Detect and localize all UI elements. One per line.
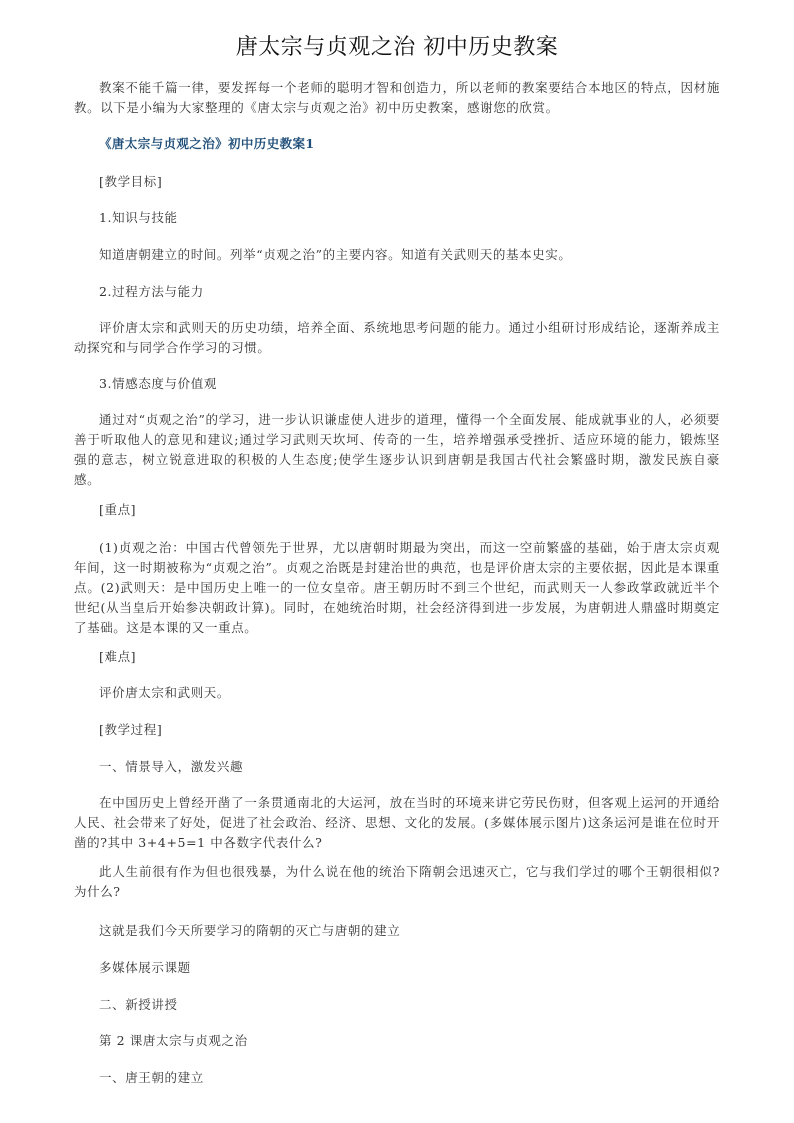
key-points-heading: [重点] [99,500,136,520]
step1-paragraph-2: 此人生前很有作为但也很残暴，为什么说在他的统治下隋朝会迅速灭亡，它与我们学过的哪… [74,862,720,902]
step1-paragraph-1: 在中国历史上曾经开凿了一条贯通南北的大运河，放在当时的环境来讲它劳民伤财，但客观… [74,793,720,853]
part1-heading: 一、唐王朝的建立 [99,1068,204,1088]
step1-paragraph-3: 这就是我们今天所要学习的隋朝的灭亡与唐朝的建立 [99,921,400,941]
difficulty-text: 评价唐太宗和武则天。 [99,683,230,703]
intro-paragraph: 教案不能千篇一律，要发挥每一个老师的聪明才智和创造力，所以老师的教案要结合本地区… [74,78,720,118]
goal2-heading: 2.过程方法与能力 [99,282,204,302]
key-points-text: (1)贞观之治：中国古代曾领先于世界，尤以唐朝时期最为突出，而这一空前繁盛的基础… [74,538,720,638]
lesson-title: 第 2 课唐太宗与贞观之治 [99,1031,248,1051]
lesson-plan-subtitle: 《唐太宗与贞观之治》初中历史教案1 [99,134,315,154]
step1-paragraph-4: 多媒体展示课题 [99,958,191,978]
step2-heading: 二、新授讲授 [99,995,178,1015]
teaching-goals-heading: [教学目标] [99,172,162,192]
document-title: 唐太宗与贞观之治 初中历史教案 [0,30,794,61]
goal1-heading: 1.知识与技能 [99,208,178,228]
goal1-text: 知道唐朝建立的时间。列举“贞观之治”的主要内容。知道有关武则天的基本史实。 [99,245,571,265]
difficulty-heading: [难点] [99,647,136,667]
goal3-heading: 3.情感态度与价值观 [99,374,217,394]
goal3-text: 通过对“贞观之治”的学习，进一步认识谦虚使人进步的道理，懂得一个全面发展、能成就… [74,410,720,490]
document-page: 唐太宗与贞观之治 初中历史教案 教案不能千篇一律，要发挥每一个老师的聪明才智和创… [0,0,794,1123]
teaching-process-heading: [教学过程] [99,720,162,740]
goal2-text: 评价唐太宗和武则天的历史功绩，培养全面、系统地思考问题的能力。通过小组研讨形成结… [74,318,720,358]
step1-heading: 一、情景导入，激发兴趣 [99,757,243,777]
